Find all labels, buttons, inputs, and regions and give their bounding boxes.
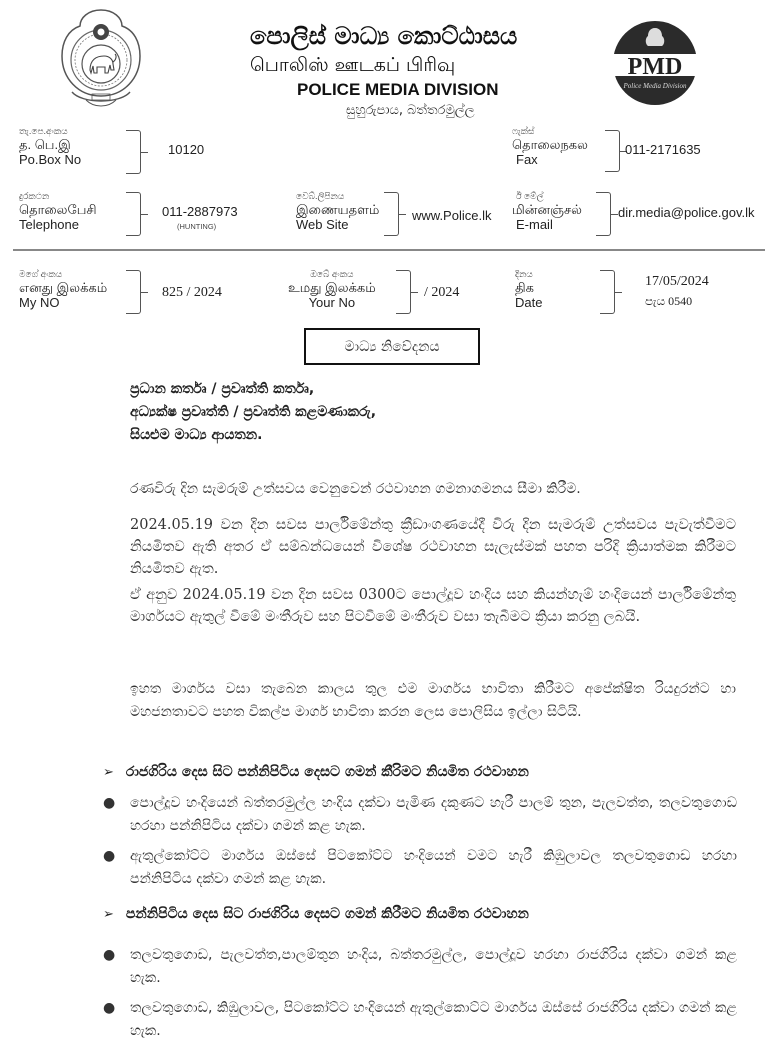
email-brace (596, 192, 611, 236)
bullet-icon: ● (103, 944, 130, 990)
your-no-value: / 2024 (424, 285, 459, 301)
paragraph-3: ඉහත මාර්ගය වසා තැබෙන කාලය තුල එම මාර්ගය … (130, 678, 736, 724)
media-release-title: මාධ්‍ය නිවේදනය (304, 328, 480, 365)
my-no-label: මගේ අංකය எனது இலக்கம் My NO (19, 269, 107, 311)
date-value: 17/05/2024 (645, 274, 709, 290)
list-item: ● තලවතුගොඩ, කිඹුලාවල, පිටකෝට්ට හංදියෙන් … (103, 997, 737, 1043)
recipient-line: ප්‍රධාන කර්තෘ / ප්‍රවෘත්ති කර්තෘ, (130, 378, 376, 401)
police-emblem-logo (58, 8, 144, 110)
email-label: ඊ මේල් மின்னஞ்சல் E-mail (512, 191, 582, 233)
telephone-brace (126, 192, 141, 236)
pobox-value: 10120 (168, 142, 204, 157)
pobox-brace (126, 130, 141, 174)
list-item: ● තලවතුගොඩ, පැලවත්ත,පාලම්තුන හංදිය, බත්ත… (103, 944, 737, 990)
pmd-logo-text: PMD (628, 54, 683, 80)
telephone-note: (HUNTING) (177, 222, 216, 231)
recipient-line: සියළුම මාධ්‍ය ආයතන. (130, 424, 376, 447)
your-no-label: ඔබේ අංකය உமது இலக்கம் Your No (288, 269, 376, 311)
telephone-label: දුරකථන தொலைபேசி Telephone (19, 191, 97, 233)
my-no-value: 825 / 2024 (162, 285, 222, 301)
my-no-brace (126, 270, 141, 314)
subject-line: රණවිරු දින සැමරුම් උත්සවය වෙනුවෙන් රථවාහ… (130, 478, 736, 501)
time-value: පැය 0540 (645, 294, 692, 309)
recipients: ප්‍රධාන කර්තෘ / ප්‍රවෘත්ති කර්තෘ, අධ්‍යක… (130, 378, 376, 447)
website-link[interactable]: www.Police.lk (412, 208, 491, 223)
date-label: දිනය திக Date (515, 269, 542, 311)
bullet-icon: ● (103, 997, 130, 1043)
fax-label: ෆැක්ස් தொலைநகல Fax (512, 126, 588, 168)
telephone-value: 011-2887973 (162, 204, 238, 219)
fax-value: 011-2171635 (625, 142, 701, 157)
list-item: ● ඇතුල්කෝට්ට මාර්ගය ඔස්සේ පිටකෝට්ට හංදිය… (103, 845, 737, 891)
header-separator (13, 249, 765, 251)
title-sinhala: පොලිස් මාධ්‍ය කොට්ඨාසය (250, 22, 517, 50)
bullet-icon: ● (103, 792, 130, 838)
pmd-logo-subtext: Police Media Division (623, 82, 687, 90)
pobox-label: තැ.පෙ.අංකය த. பெ.இ Po.Box No (19, 126, 81, 168)
list-item: ● පොල්දූව හංදියෙන් බත්තරමුල්ල හංදිය දක්ව… (103, 792, 737, 838)
your-no-brace (396, 270, 411, 314)
website-label: වෙබ්.ලිපිනය இணையதளம் Web Site (296, 191, 379, 233)
address: සුහුරුපාය, බත්තරමුල්ල (346, 103, 475, 118)
fax-brace (605, 130, 620, 172)
pmd-logo: PMD Police Media Division (612, 20, 698, 106)
arrow-marker-icon: ➢ (103, 907, 121, 922)
date-brace (600, 270, 615, 314)
recipient-line: අධ්‍යක්ෂ ප්‍රවෘත්ති / ප්‍රවෘත්ති කළමණාකර… (130, 401, 376, 424)
paragraph-2: ඒ අනුව 2024.05.19 වන දින සවස 0300ට පොල්ද… (130, 584, 736, 628)
arrow-marker-icon: ➢ (103, 765, 121, 780)
title-tamil: பொலிஸ் ஊடகப் பிரிவு (250, 54, 455, 79)
paragraph-1: 2024.05.19 වන දින සවස පාර්ලිමේන්තු ක්‍රී… (130, 514, 736, 580)
section-heading-1: ➢ රාජගිරිය දෙස සිට පන්නිපිටිය දෙසට ගමන් … (103, 764, 529, 780)
email-link[interactable]: dir.media@police.gov.lk (618, 205, 755, 220)
website-brace (384, 192, 399, 236)
title-english: POLICE MEDIA DIVISION (297, 80, 499, 100)
section-heading-2: ➢ පන්නිපිටිය දෙස සිට රාජගිරිය දෙසට ගමන් … (103, 906, 529, 922)
bullet-icon: ● (103, 845, 130, 891)
